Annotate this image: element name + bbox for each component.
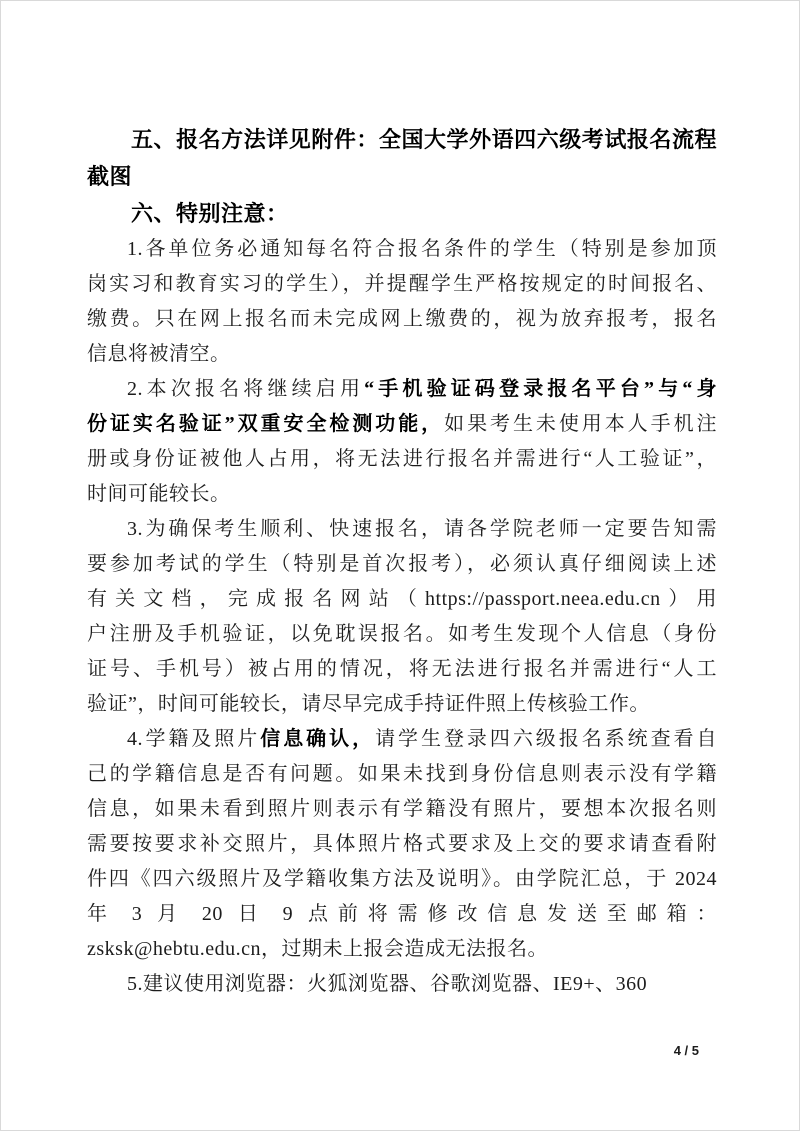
- bold-text-segment: 六、特别注意：: [131, 201, 289, 226]
- text-segment: 信息，如果未看到照片则表示有学籍没有照片，要想本次报名则: [87, 798, 717, 820]
- text-segment: 件四《四六级照片及学籍收集方法及说明》。由学院汇总，于 2024: [87, 868, 717, 890]
- text-segment: 要参加考试的学生（特别是首次报考），必须认真仔细阅读上述: [87, 553, 717, 575]
- bold-text-segment: “手机验证码登录报名平台”与“身: [364, 378, 717, 400]
- paragraph-line: 户注册及手机验证，以免耽误报名。如考生发现个人信息（身份: [87, 617, 717, 652]
- paragraph-line: 2.本次报名将继续启用“手机验证码登录报名平台”与“身: [87, 372, 717, 407]
- paragraph-line: 信息将被清空。: [87, 337, 717, 372]
- paragraph-line: 信息，如果未看到照片则表示有学籍没有照片，要想本次报名则: [87, 792, 717, 827]
- heading-line: 五、报名方法详见附件：全国大学外语四六级考试报名流程: [87, 121, 717, 158]
- paragraph-line: 3.为确保考生顺利、快速报名，请各学院老师一定要告知需: [87, 512, 717, 547]
- paragraph-line: 己的学籍信息是否有问题。如果未找到身份信息则表示没有学籍: [87, 757, 717, 792]
- text-segment: 年 3 月 20 日 9 点前将需修改信息发送至邮箱：: [87, 903, 717, 925]
- bold-text-segment: 截图: [87, 164, 132, 189]
- paragraph-line: 件四《四六级照片及学籍收集方法及说明》。由学院汇总，于 2024: [87, 862, 717, 897]
- paragraph-line: 时间可能较长。: [87, 477, 717, 512]
- bold-text-segment: 五、报名方法详见附件：全国大学外语四六级考试报名流程: [131, 127, 717, 152]
- text-segment: zsksk@hebtu.edu.cn，过期未上报会造成无法报名。: [87, 938, 548, 960]
- text-segment: 信息将被清空。: [87, 343, 231, 365]
- paragraph-line: 岗实习和教育实习的学生），并提醒学生严格按规定的时间报名、: [87, 267, 717, 302]
- text-segment: 4.学籍及照片: [127, 728, 260, 750]
- document-body: 五、报名方法详见附件：全国大学外语四六级考试报名流程截图六、特别注意：1.各单位…: [87, 121, 717, 1002]
- paragraph-line: 4.学籍及照片信息确认，请学生登录四六级报名系统查看自: [87, 722, 717, 757]
- text-segment: 户注册及手机验证，以免耽误报名。如考生发现个人信息（身份: [87, 623, 717, 645]
- text-segment: 缴费。只在网上报名而未完成网上缴费的，视为放弃报考，报名: [87, 308, 717, 330]
- text-segment: 需要按要求补交照片，具体照片格式要求及上交的要求请查看附: [87, 833, 717, 855]
- text-segment: 如果考生未使用本人手机注: [444, 413, 717, 435]
- bold-text-segment: 份证实名验证”双重安全检测功能，: [87, 413, 444, 435]
- paragraph-line: 1.各单位务必通知每名符合报名条件的学生（特别是参加顶: [87, 232, 717, 267]
- text-segment: 册或身份证被他人占用，将无法进行报名并需进行“人工验证”，: [87, 448, 717, 470]
- text-segment: 请学生登录四六级报名系统查看自: [375, 728, 717, 750]
- text-segment: 时间可能较长。: [87, 483, 231, 505]
- text-segment: 有关文档，完成报名网站（https://passport.neea.edu.cn…: [87, 588, 717, 610]
- text-segment: 岗实习和教育实习的学生），并提醒学生严格按规定的时间报名、: [87, 273, 717, 295]
- text-segment: 3.为确保考生顺利、快速报名，请各学院老师一定要告知需: [127, 518, 717, 540]
- paragraph-line: 要参加考试的学生（特别是首次报考），必须认真仔细阅读上述: [87, 547, 717, 582]
- paragraph-line: 5.建议使用浏览器：火狐浏览器、谷歌浏览器、IE9+、360: [87, 967, 717, 1002]
- heading-line: 截图: [87, 158, 717, 195]
- bold-text-segment: 信息确认，: [260, 728, 375, 750]
- document-page: 五、报名方法详见附件：全国大学外语四六级考试报名流程截图六、特别注意：1.各单位…: [0, 0, 800, 1131]
- text-segment: 己的学籍信息是否有问题。如果未找到身份信息则表示没有学籍: [87, 763, 717, 785]
- paragraph-line: 册或身份证被他人占用，将无法进行报名并需进行“人工验证”，: [87, 442, 717, 477]
- heading-line: 六、特别注意：: [87, 195, 717, 232]
- text-segment: 证号、手机号）被占用的情况，将无法进行报名并需进行“人工: [87, 658, 717, 680]
- paragraph-line: 验证”，时间可能较长，请尽早完成手持证件照上传核验工作。: [87, 687, 717, 722]
- text-segment: 5.建议使用浏览器：火狐浏览器、谷歌浏览器、IE9+、360: [127, 973, 647, 995]
- paragraph-line: 年 3 月 20 日 9 点前将需修改信息发送至邮箱：: [87, 897, 717, 932]
- page-number: 4 / 5: [674, 1043, 699, 1058]
- text-segment: 验证”，时间可能较长，请尽早完成手持证件照上传核验工作。: [87, 693, 650, 715]
- paragraph-line: 份证实名验证”双重安全检测功能，如果考生未使用本人手机注: [87, 407, 717, 442]
- text-segment: 1.各单位务必通知每名符合报名条件的学生（特别是参加顶: [127, 238, 717, 260]
- paragraph-line: 缴费。只在网上报名而未完成网上缴费的，视为放弃报考，报名: [87, 302, 717, 337]
- paragraph-line: zsksk@hebtu.edu.cn，过期未上报会造成无法报名。: [87, 932, 717, 967]
- text-segment: 2.本次报名将继续启用: [127, 378, 364, 400]
- paragraph-line: 有关文档，完成报名网站（https://passport.neea.edu.cn…: [87, 582, 717, 617]
- paragraph-line: 需要按要求补交照片，具体照片格式要求及上交的要求请查看附: [87, 827, 717, 862]
- paragraph-line: 证号、手机号）被占用的情况，将无法进行报名并需进行“人工: [87, 652, 717, 687]
